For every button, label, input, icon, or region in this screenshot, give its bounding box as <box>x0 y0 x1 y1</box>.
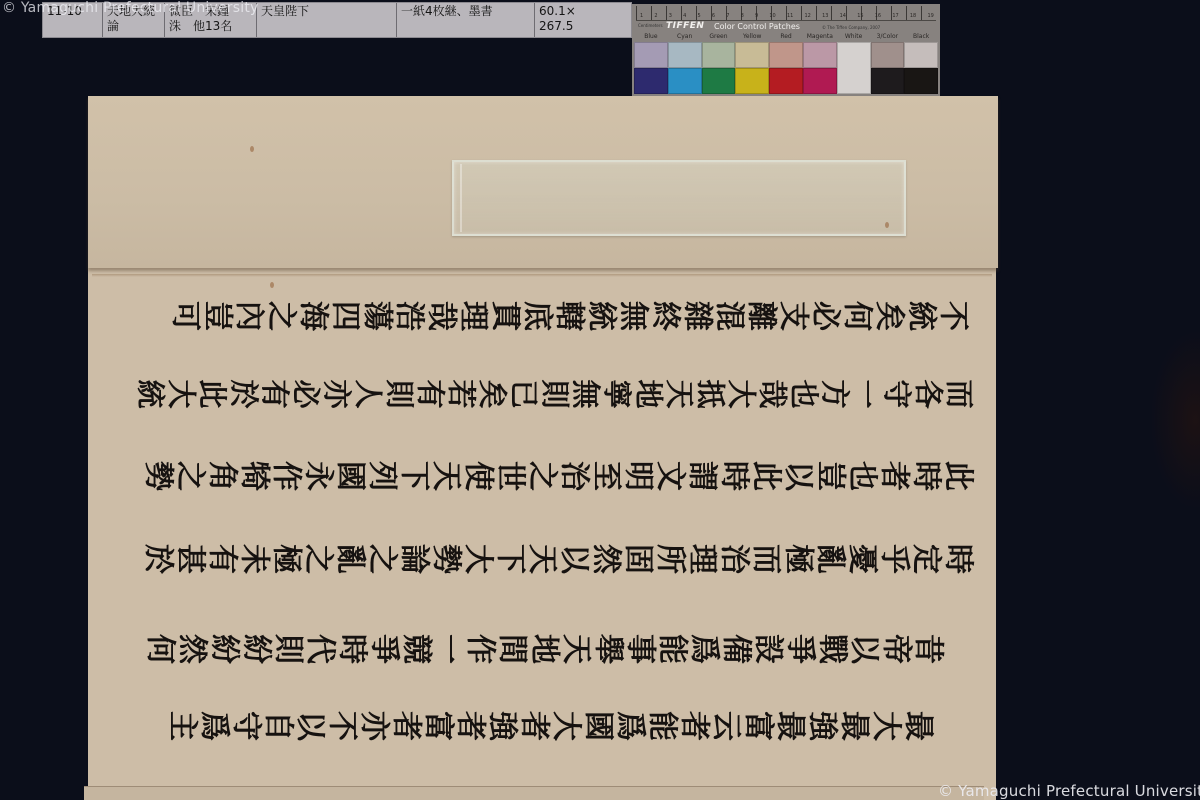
patch-label: Red <box>769 33 803 40</box>
ruler-number: 9 <box>755 13 758 19</box>
color-patch-white <box>837 42 871 94</box>
label-cell-format: 一紙4枚継、墨書 <box>397 3 535 37</box>
color-patch-light <box>871 42 905 68</box>
color-patch-light <box>735 42 769 68</box>
patch-label: Black <box>904 33 938 40</box>
patch-label: Yellow <box>735 33 769 40</box>
patch-label: White <box>837 33 871 40</box>
ruler-number: 12 <box>805 13 811 19</box>
calligraphy-line-text: 最大最強最富云者能爲國大者強者富者亦不以自守爲主 <box>167 705 935 739</box>
color-card-title: Color Control Patches <box>714 22 800 31</box>
patch-label: Magenta <box>803 33 837 40</box>
color-patch-light <box>702 42 736 68</box>
ruler-number: 17 <box>892 13 898 19</box>
background-shadow <box>1150 330 1200 510</box>
label-cell-size: 60.1× 267.5 <box>535 3 631 37</box>
color-patch-dark <box>702 68 736 94</box>
color-patch-light <box>769 42 803 68</box>
color-patch-light <box>668 42 702 68</box>
ruler-number: 6 <box>712 13 715 19</box>
color-patch-light <box>803 42 837 68</box>
ruler-number: 14 <box>840 13 846 19</box>
patch-labels: BlueCyanGreenYellowRedMagentaWhite3/Colo… <box>634 33 938 40</box>
patch-label: 3/Color <box>870 33 904 40</box>
calligraphy-line-text: 不統矣何必支離混雜終無統轄底貫理哉浩蕩四海之內豈可 <box>170 295 970 329</box>
ruler-number: 16 <box>875 13 881 19</box>
color-patch-dark <box>668 68 702 94</box>
ruler-number: 13 <box>822 13 828 19</box>
color-patch-dark <box>871 68 905 94</box>
ruler-number: 2 <box>654 13 657 19</box>
ruler-number: 19 <box>927 13 933 19</box>
ruler-number: 7 <box>726 13 729 19</box>
calligraphy-line-text: 昔帝以戰爭設備爲能事舉天地間作一競爭時代則紛紛然何 <box>145 628 945 662</box>
ruler-unit-label: Centimeters <box>638 23 663 28</box>
ruler-number: 10 <box>769 13 775 19</box>
fold-crease <box>92 274 992 277</box>
ruler-number: 15 <box>857 13 863 19</box>
calligraphy-line-text: 而各守一方也哉大抵天地寧無則已矣若有則人亦必有於此大統 <box>135 375 975 409</box>
glass-weight <box>452 160 906 236</box>
patch-grid <box>634 42 938 95</box>
ruler-number: 18 <box>910 13 916 19</box>
color-patch-light <box>634 42 668 68</box>
color-patch-dark <box>769 68 803 94</box>
color-card-copyright: © The Tiffen Company, 2007 <box>822 25 880 30</box>
watermark-bottom: © Yamaguchi Prefectural University <box>938 782 1200 800</box>
watermark-top: © Yamaguchi Prefectural University <box>2 0 259 16</box>
color-patch-light <box>904 42 938 68</box>
calligraphy-line-text: 時定乎憂亂極而治理所固然以天下大勢論之亂之極未有甚於 <box>143 538 975 572</box>
paper-stain <box>885 222 889 228</box>
paper-stain <box>250 146 254 152</box>
paper-stain <box>270 282 274 288</box>
patch-label: Cyan <box>668 33 702 40</box>
ruler-number: 3 <box>669 13 672 19</box>
color-patch-dark <box>634 68 668 94</box>
color-patch-dark <box>803 68 837 94</box>
ruler-number: 11 <box>787 13 793 19</box>
patch-label: Blue <box>634 33 668 40</box>
calligraphy-line-text: 此時者也豈以此時謂文明至治之世使天下列國永作犄角之勢 <box>143 455 975 489</box>
color-control-card: 12345678910111213141516171819 Centimeter… <box>632 4 940 96</box>
document-bottom-edge <box>84 786 984 800</box>
color-patch-dark <box>904 68 938 94</box>
ruler-number: 4 <box>683 13 686 19</box>
ruler-number: 5 <box>698 13 701 19</box>
color-patch-dark <box>735 68 769 94</box>
ruler-number: 8 <box>741 13 744 19</box>
tiffen-logo: TIFFEN <box>666 21 704 31</box>
ruler-number: 1 <box>640 13 643 19</box>
ruler-numbers: 12345678910111213141516171819 <box>640 13 934 19</box>
patch-label: Green <box>702 33 736 40</box>
label-cell-recipient: 天皇陛下 <box>257 3 397 37</box>
